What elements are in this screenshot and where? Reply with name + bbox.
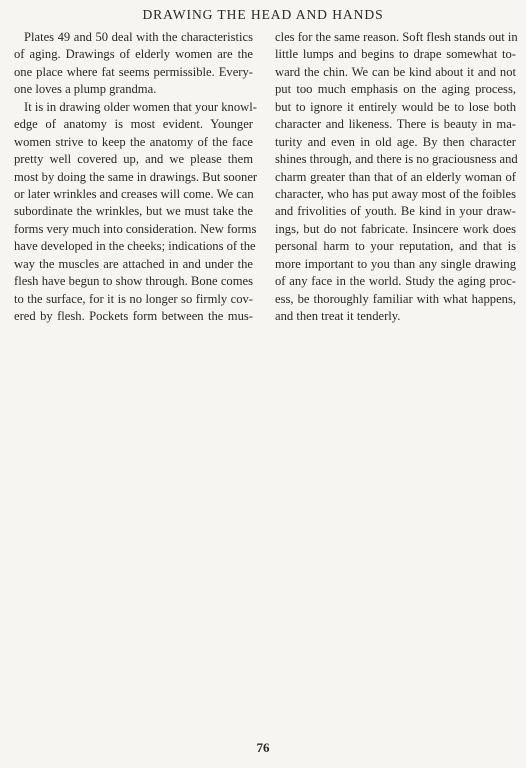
text-line: character, who has put away most of the … bbox=[275, 186, 516, 203]
text-line: have developed in the cheeks; indication… bbox=[14, 238, 253, 255]
text-line: ered by flesh. Pockets form between the … bbox=[14, 308, 253, 325]
text-line: pretty well covered up, and we please th… bbox=[14, 151, 253, 168]
text-line: turity and even in old age. By then char… bbox=[275, 134, 516, 151]
page-title: DRAWING THE HEAD AND HANDS bbox=[0, 7, 526, 23]
left-column: Plates 49 and 50 deal with the character… bbox=[14, 29, 253, 325]
text-line: more important to you than any single dr… bbox=[275, 256, 516, 273]
text-line: one loves a plump grandma. bbox=[14, 81, 253, 98]
text-line: of any face in the world. Study the agin… bbox=[275, 273, 516, 290]
text-line: edge of anatomy is most evident. Younger bbox=[14, 116, 253, 133]
text-line: but to ignore it entirely would be to lo… bbox=[275, 99, 516, 116]
text-line: or later wrinkles and creases will come.… bbox=[14, 186, 253, 203]
text-line: cles for the same reason. Soft flesh sta… bbox=[275, 29, 516, 46]
text-line: Plates 49 and 50 deal with the character… bbox=[14, 29, 253, 46]
text-line: and then treat it tenderly. bbox=[275, 308, 516, 325]
text-line: little lumps and begins to drape somewha… bbox=[275, 46, 516, 63]
text-line: women strive to keep the anatomy of the … bbox=[14, 134, 253, 151]
text-line: forms very much into consideration. New … bbox=[14, 221, 253, 238]
text-line: of aging. Drawings of elderly women are … bbox=[14, 46, 253, 63]
text-line: personal harm to your reputation, and th… bbox=[275, 238, 516, 255]
text-line: charm greater than that of an elderly wo… bbox=[275, 169, 516, 186]
text-line: put too much emphasis on the aging proce… bbox=[275, 81, 516, 98]
text-line: ward the chin. We can be kind about it a… bbox=[275, 64, 516, 81]
text-line: ings, but do not fabricate. Insincere wo… bbox=[275, 221, 516, 238]
right-column: cles for the same reason. Soft flesh sta… bbox=[275, 29, 516, 325]
text-line: way the muscles are attached in and unde… bbox=[14, 256, 253, 273]
text-line: to the surface, for it is no longer so f… bbox=[14, 291, 253, 308]
text-line: most by doing the same in drawings. But … bbox=[14, 169, 253, 186]
text-line: subordinate the wrinkles, but we must ta… bbox=[14, 203, 253, 220]
page-number: 76 bbox=[0, 740, 526, 756]
text-line: one place where fat seems permissible. E… bbox=[14, 64, 253, 81]
text-line: shines through, and there is no gracious… bbox=[275, 151, 516, 168]
text-line: flesh have begun to show through. Bone c… bbox=[14, 273, 253, 290]
text-line: character and likeness. There is beauty … bbox=[275, 116, 516, 133]
text-line: and frivolities of youth. Be kind in you… bbox=[275, 203, 516, 220]
text-line: ess, be thoroughly familiar with what ha… bbox=[275, 291, 516, 308]
text-line: It is in drawing older women that your k… bbox=[14, 99, 253, 116]
